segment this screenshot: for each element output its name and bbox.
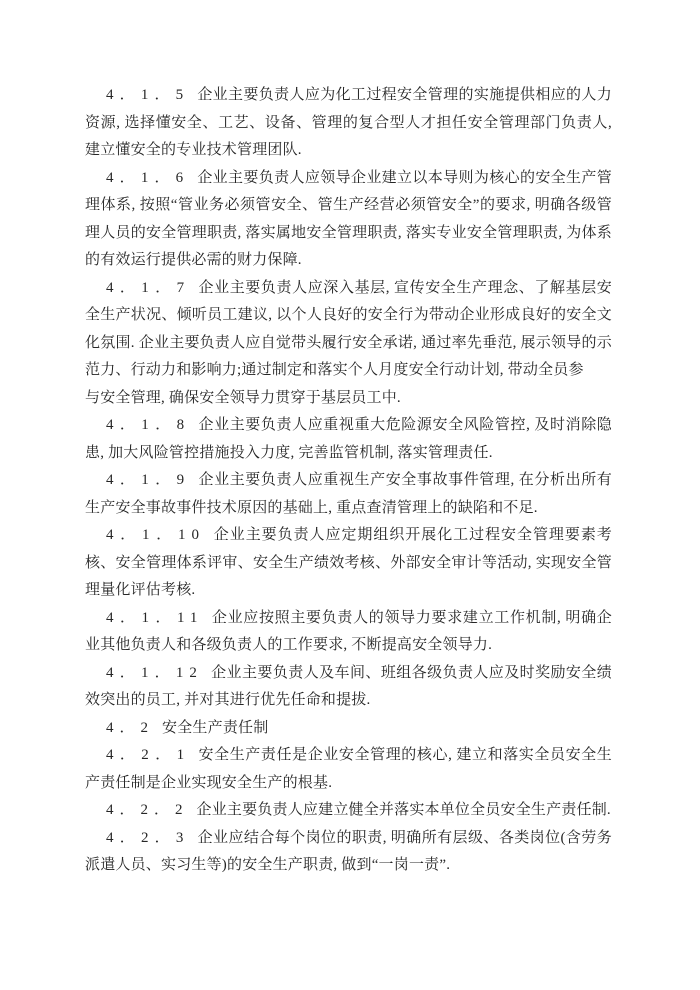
clause-number: 4．1．11: [106, 610, 203, 626]
paragraph-4-2-2: 4．2．2企业主要负责人应建立健全并落实本单位全员安全生产责任制.: [85, 797, 612, 825]
paragraph-4-1-12: 4．1．12企业主要负责人及车间、班组各级负责人应及时奖励安全绩效突出的员工, …: [85, 660, 612, 715]
paragraph-4-2-3: 4．2．3企业应结合每个岗位的职责, 明确所有层级、各类岗位(含劳务派遣人员、实…: [85, 825, 612, 880]
paragraph-4-1-7: 4．1．7企业主要负责人应深入基层, 宣传安全生产理念、了解基层安全生产状况、倾…: [85, 275, 612, 413]
document-page: 4．1．5企业主要负责人应为化工过程安全管理的实施提供相应的人力资源, 选择懂安…: [0, 0, 700, 990]
clause-number: 4．2: [106, 720, 154, 736]
paragraph-4-2-1: 4．2．1安全生产责任是企业安全管理的核心, 建立和落实全员安全生产责任制是企业…: [85, 742, 612, 797]
clause-number: 4．2．2: [106, 802, 189, 818]
clause-text: 企业主要负责人应深入基层, 宣传安全生产理念、了解基层安全生产状况、倾听员工建议…: [85, 280, 612, 406]
clause-number: 4．1．6: [106, 170, 189, 186]
paragraph-4-2: 4．2安全生产责任制: [85, 715, 612, 743]
paragraph-4-1-11: 4．1．11企业应按照主要负责人的领导力要求建立工作机制, 明确企业其他负责人和…: [85, 605, 612, 660]
clause-number: 4．1．10: [106, 527, 205, 543]
paragraph-4-1-8: 4．1．8企业主要负责人应重视重大危险源安全风险管控, 及时消除隐患, 加大风险…: [85, 412, 612, 467]
clause-number: 4．1．12: [106, 665, 203, 681]
clause-text: 安全生产责任制: [162, 720, 268, 736]
clause-number: 4．1．8: [106, 417, 190, 433]
clause-number: 4．1．7: [106, 280, 190, 296]
paragraph-4-1-10: 4．1．10企业主要负责人应定期组织开展化工过程安全管理要素考核、安全管理体系评…: [85, 522, 612, 605]
clause-number: 4．2．3: [106, 830, 189, 846]
paragraph-4-1-9: 4．1．9企业主要负责人应重视生产安全事故事件管理, 在分析出所有生产安全事故事…: [85, 467, 612, 522]
clause-text: 企业主要负责人应建立健全并落实本单位全员安全生产责任制.: [197, 802, 611, 818]
clause-number: 4．1．5: [106, 87, 189, 103]
paragraph-4-1-6: 4．1．6企业主要负责人应领导企业建立以本导则为核心的安全生产管理体系, 按照“…: [85, 165, 612, 275]
paragraph-4-1-5: 4．1．5企业主要负责人应为化工过程安全管理的实施提供相应的人力资源, 选择懂安…: [85, 82, 612, 165]
clause-number: 4．1．9: [106, 472, 190, 488]
clause-number: 4．2．1: [106, 747, 190, 763]
document-body: 4．1．5企业主要负责人应为化工过程安全管理的实施提供相应的人力资源, 选择懂安…: [85, 82, 612, 880]
